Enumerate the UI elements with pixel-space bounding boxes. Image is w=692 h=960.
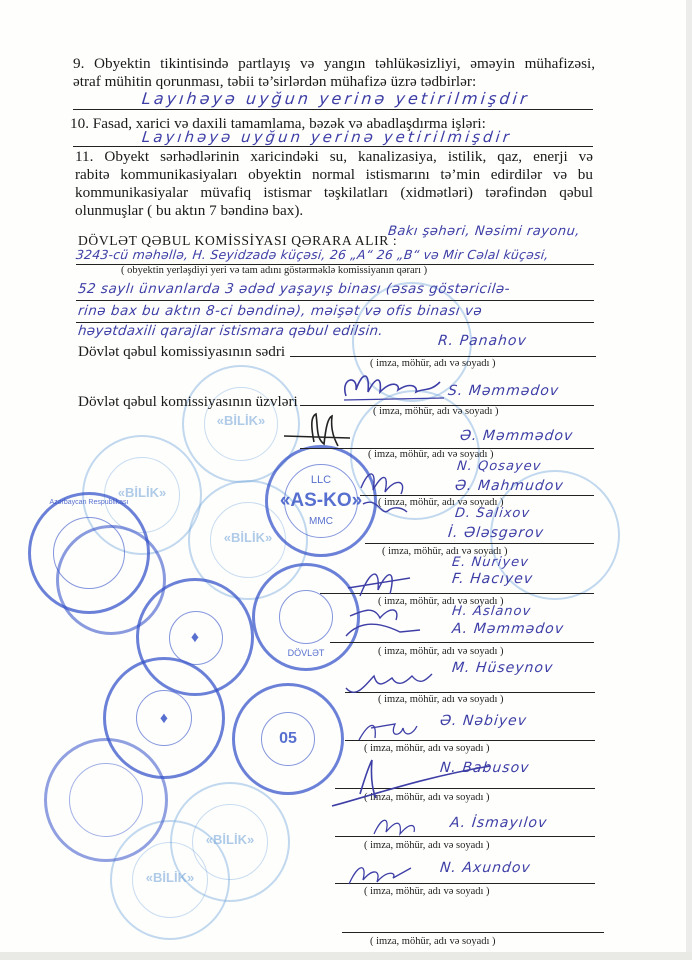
section11-line1: 11. Obyekt sərhədlərinin xaricindəki su,… <box>75 148 593 166</box>
scanned-document-page: «BİLİK» «BİLİK» «BİLİK» «BİLİK» «BİLİK» … <box>0 0 692 960</box>
member-name: Ə. Mahmudov <box>454 478 564 494</box>
labour-ministry-stamp: 05 <box>232 683 344 795</box>
member-name: D. Salixov <box>454 506 531 521</box>
section9-underline <box>73 109 593 110</box>
section10-handwritten: Layıhəyə uyğun yerinə yetirilmişdir <box>141 128 513 146</box>
decision-hw-line2: 3243-cü məhəllə, H. Seyidzadə küçəsi, 26… <box>75 247 549 262</box>
signature-member <box>355 718 435 748</box>
decision-hw-line4: rinə bax bu aktın 8-ci bəndinə), məişət … <box>77 303 483 319</box>
section11-line3: kommunikasiyalar müvafiq istismar təşkil… <box>75 184 593 202</box>
section9-line1: 9. Obyektin tikintisində partlayış və ya… <box>73 55 595 73</box>
page-edge <box>0 952 692 960</box>
member-name: E. Nuriyev <box>451 555 529 570</box>
signature-member <box>370 812 430 840</box>
section11-line2: rabitə kommunikasiyaları obyektin normal… <box>75 166 593 184</box>
member-caption: ( imza, möhür, adı və soyadı ) <box>364 840 490 851</box>
member-caption: ( imza, möhür, adı və soyadı ) <box>370 936 496 946</box>
member-name: N. Qosayev <box>456 459 542 474</box>
decision-hw-line5: həyətdaxili qarajlar istismara qəbul edi… <box>77 323 384 339</box>
flame-emblem-icon: ♦ <box>139 629 251 647</box>
signature-member <box>345 858 425 888</box>
chairman-signature-line <box>290 356 596 357</box>
member-name: S. Məmmədov <box>447 383 560 399</box>
chairman-label: Dövlət qəbul komissiyasının sədri <box>78 343 285 361</box>
section10-underline <box>73 146 593 147</box>
member-name: M. Hüseynov <box>451 660 554 676</box>
signature-member <box>340 664 450 704</box>
members-label: Dövlət qəbul komissiyasının üzvləri <box>78 393 298 411</box>
section9-handwritten: Layıhəyə uyğun yerinə yetirilmişdir <box>141 89 531 108</box>
member-signature-line <box>342 932 604 933</box>
chairman-name: R. Panahov <box>437 333 528 349</box>
signature-member <box>280 412 380 452</box>
flame-emblem-icon: ♦ <box>106 710 222 728</box>
signature-member <box>330 758 500 808</box>
state-stamp <box>44 738 168 862</box>
decision-hw-line1: Bakı şəhəri, Nəsimi rayonu, <box>387 224 581 239</box>
decision-hw-line3: 52 saylı ünvanlarda 3 ədəd yaşayış binas… <box>77 281 511 297</box>
member-name: F. Hacıyev <box>451 571 534 587</box>
section11-line4: olunmuşlar ( bu aktın 7 bəndinə bax). <box>75 202 303 220</box>
member-name: Ə. Nəbiyev <box>439 713 528 729</box>
decision-caption: ( obyektin yerləşdiyi yeri və tam adını … <box>121 265 427 276</box>
member-name: A. Məmmədov <box>451 621 565 637</box>
member-name: Ə. Məmmədov <box>459 428 574 444</box>
member-name: İ. Ələsgərov <box>447 525 545 541</box>
page-edge <box>686 0 692 960</box>
decision-underline-3 <box>76 300 594 301</box>
member-name: N. Axundov <box>439 860 531 876</box>
member-signature-line <box>365 543 594 544</box>
member-name: H. Aslanov <box>451 604 532 619</box>
signature-member <box>340 560 450 650</box>
signature-chairman <box>340 368 460 408</box>
member-name: A. İsmayılov <box>449 815 548 831</box>
signature-member <box>355 460 455 530</box>
